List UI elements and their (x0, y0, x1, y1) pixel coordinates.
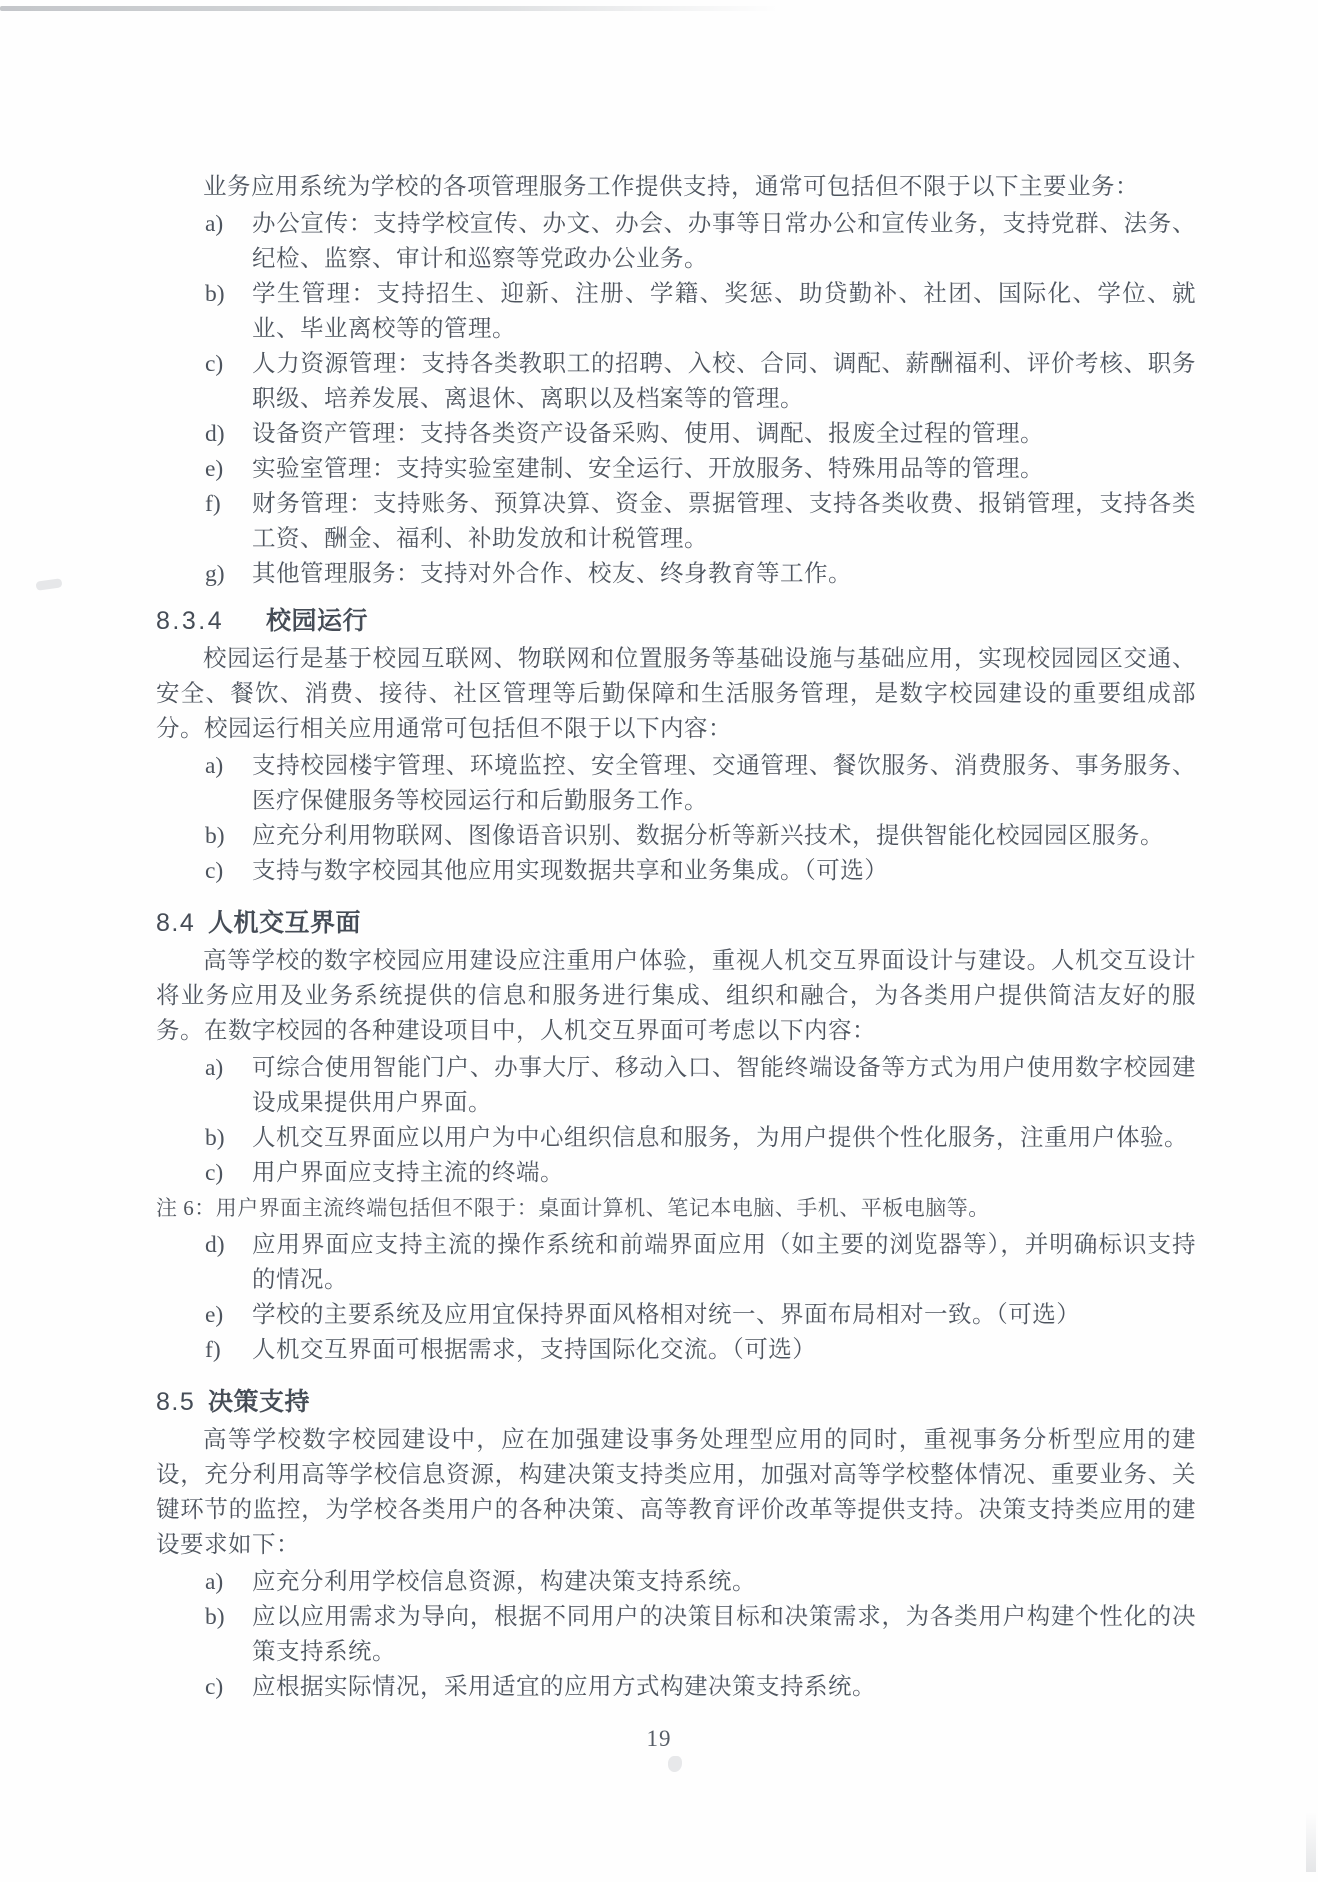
list-item: e)实验室管理：支持实验室建制、安全运行、开放服务、特殊用品等的管理。 (156, 452, 1196, 487)
item-text: 设备资产管理：支持各类资产设备采购、使用、调配、报废全过程的管理。 (252, 421, 1044, 447)
item-label: a) (205, 1565, 223, 1600)
item-text: 财务管理：支持账务、预算决算、资金、票据管理、支持各类收费、报销管理，支持各类工… (252, 491, 1196, 552)
section-number: 8.5 (156, 1383, 208, 1421)
list-item: c)应根据实际情况，采用适宜的应用方式构建决策支持系统。 (156, 1670, 1196, 1705)
section-8-5-list: a)应充分利用学校信息资源，构建决策支持系统。 b)应以应用需求为导向，根据不同… (156, 1565, 1196, 1705)
item-text: 办公宣传：支持学校宣传、办文、办会、办事等日常办公和宣传业务，支持党群、法务、纪… (252, 211, 1196, 272)
scan-artifact (1306, 1812, 1316, 1872)
item-label: c) (205, 1670, 223, 1705)
section-number: 8.4 (156, 904, 208, 942)
section-heading-8-5: 8.5决策支持 (156, 1383, 1196, 1421)
scan-artifact (668, 1756, 682, 1772)
section-title: 人机交互界面 (208, 904, 361, 942)
list-item: f)财务管理：支持账务、预算决算、资金、票据管理、支持各类收费、报销管理，支持各… (156, 487, 1196, 557)
item-text: 人力资源管理：支持各类教职工的招聘、入校、合同、调配、薪酬福利、评价考核、职务职… (252, 351, 1196, 412)
item-text: 人机交互界面应以用户为中心组织信息和服务，为用户提供个性化服务，注重用户体验。 (252, 1125, 1188, 1151)
item-text: 人机交互界面可根据需求，支持国际化交流。（可选） (252, 1337, 816, 1363)
item-text: 应充分利用学校信息资源，构建决策支持系统。 (252, 1569, 756, 1595)
item-label: f) (205, 1333, 221, 1368)
item-label: b) (205, 819, 225, 854)
item-text: 应根据实际情况，采用适宜的应用方式构建决策支持系统。 (252, 1674, 876, 1700)
list-item: b)应充分利用物联网、图像语音识别、数据分析等新兴技术，提供智能化校园园区服务。 (156, 819, 1196, 854)
item-label: g) (205, 557, 225, 592)
page-number: 19 (0, 1726, 1318, 1752)
item-label: e) (205, 452, 223, 487)
list-item: g)其他管理服务：支持对外合作、校友、终身教育等工作。 (156, 557, 1196, 592)
list-item: b)学生管理：支持招生、迎新、注册、学籍、奖惩、助贷勤补、社团、国际化、学位、就… (156, 277, 1196, 347)
item-label: c) (205, 347, 223, 382)
item-label: c) (205, 854, 223, 889)
item-text: 学生管理：支持招生、迎新、注册、学籍、奖惩、助贷勤补、社团、国际化、学位、就业、… (252, 281, 1196, 342)
section-number: 8.3.4 (156, 602, 266, 640)
section-8-5-paragraph: 高等学校数字校园建设中，应在加强建设事务处理型应用的同时，重视事务分析型应用的建… (156, 1423, 1196, 1563)
section-title: 校园运行 (266, 602, 368, 640)
section-heading-8-4: 8.4人机交互界面 (156, 904, 1196, 942)
item-label: c) (205, 1156, 223, 1191)
list-item: c)支持与数字校园其他应用实现数据共享和业务集成。（可选） (156, 854, 1196, 889)
list-item: b)应以应用需求为导向，根据不同用户的决策目标和决策需求，为各类用户构建个性化的… (156, 1600, 1196, 1670)
section-title: 决策支持 (208, 1383, 310, 1421)
list-item: c)用户界面应支持主流的终端。 (156, 1156, 1196, 1191)
intro-lead-paragraph: 业务应用系统为学校的各项管理服务工作提供支持，通常可包括但不限于以下主要业务： (156, 170, 1196, 205)
item-label: a) (205, 207, 223, 242)
list-item: a)办公宣传：支持学校宣传、办文、办会、办事等日常办公和宣传业务，支持党群、法务… (156, 207, 1196, 277)
section-heading-8-3-4: 8.3.4校园运行 (156, 602, 1196, 640)
section-8-3-4-paragraph: 校园运行是基于校园互联网、物联网和位置服务等基础设施与基础应用，实现校园园区交通… (156, 642, 1196, 747)
list-item: f)人机交互界面可根据需求，支持国际化交流。（可选） (156, 1333, 1196, 1368)
item-text: 支持校园楼宇管理、环境监控、安全管理、交通管理、餐饮服务、消费服务、事务服务、医… (252, 753, 1196, 814)
page-content: 业务应用系统为学校的各项管理服务工作提供支持，通常可包括但不限于以下主要业务： … (156, 170, 1196, 1705)
item-label: a) (205, 749, 223, 784)
list-item: c)人力资源管理：支持各类教职工的招聘、入校、合同、调配、薪酬福利、评价考核、职… (156, 347, 1196, 417)
scan-artifact (36, 578, 63, 591)
item-label: f) (205, 487, 221, 522)
intro-list: a)办公宣传：支持学校宣传、办文、办会、办事等日常办公和宣传业务，支持党群、法务… (156, 207, 1196, 592)
section-8-4-list-abc: a)可综合使用智能门户、办事大厅、移动入口、智能终端设备等方式为用户使用数字校园… (156, 1051, 1196, 1191)
item-label: d) (205, 1228, 225, 1263)
list-item: a)支持校园楼宇管理、环境监控、安全管理、交通管理、餐饮服务、消费服务、事务服务… (156, 749, 1196, 819)
item-label: a) (205, 1051, 223, 1086)
item-text: 用户界面应支持主流的终端。 (252, 1160, 564, 1186)
list-item: a)可综合使用智能门户、办事大厅、移动入口、智能终端设备等方式为用户使用数字校园… (156, 1051, 1196, 1121)
note-6: 注 6：用户界面主流终端包括但不限于：桌面计算机、笔记本电脑、手机、平板电脑等。 (156, 1191, 1196, 1226)
item-label: b) (205, 1121, 225, 1156)
scan-edge-artifact (0, 6, 780, 11)
section-8-3-4-list: a)支持校园楼宇管理、环境监控、安全管理、交通管理、餐饮服务、消费服务、事务服务… (156, 749, 1196, 889)
item-text: 支持与数字校园其他应用实现数据共享和业务集成。（可选） (252, 858, 888, 884)
document-page: 业务应用系统为学校的各项管理服务工作提供支持，通常可包括但不限于以下主要业务： … (0, 0, 1318, 1882)
item-text: 应以应用需求为导向，根据不同用户的决策目标和决策需求，为各类用户构建个性化的决策… (252, 1604, 1196, 1665)
item-label: b) (205, 1600, 225, 1635)
list-item: a)应充分利用学校信息资源，构建决策支持系统。 (156, 1565, 1196, 1600)
list-item: d)设备资产管理：支持各类资产设备采购、使用、调配、报废全过程的管理。 (156, 417, 1196, 452)
item-label: d) (205, 417, 225, 452)
list-item: b)人机交互界面应以用户为中心组织信息和服务，为用户提供个性化服务，注重用户体验… (156, 1121, 1196, 1156)
item-label: e) (205, 1298, 223, 1333)
item-text: 实验室管理：支持实验室建制、安全运行、开放服务、特殊用品等的管理。 (252, 456, 1044, 482)
item-text: 学校的主要系统及应用宜保持界面风格相对统一、界面布局相对一致。（可选） (252, 1302, 1080, 1328)
section-8-4-paragraph: 高等学校的数字校园应用建设应注重用户体验，重视人机交互界面设计与建设。人机交互设… (156, 944, 1196, 1049)
item-text: 可综合使用智能门户、办事大厅、移动入口、智能终端设备等方式为用户使用数字校园建设… (252, 1055, 1196, 1116)
item-label: b) (205, 277, 225, 312)
item-text: 应用界面应支持主流的操作系统和前端界面应用（如主要的浏览器等），并明确标识支持的… (252, 1232, 1196, 1293)
list-item: d)应用界面应支持主流的操作系统和前端界面应用（如主要的浏览器等），并明确标识支… (156, 1228, 1196, 1298)
section-8-4-list-def: d)应用界面应支持主流的操作系统和前端界面应用（如主要的浏览器等），并明确标识支… (156, 1228, 1196, 1368)
item-text: 应充分利用物联网、图像语音识别、数据分析等新兴技术，提供智能化校园园区服务。 (252, 823, 1164, 849)
item-text: 其他管理服务：支持对外合作、校友、终身教育等工作。 (252, 561, 852, 587)
list-item: e)学校的主要系统及应用宜保持界面风格相对统一、界面布局相对一致。（可选） (156, 1298, 1196, 1333)
